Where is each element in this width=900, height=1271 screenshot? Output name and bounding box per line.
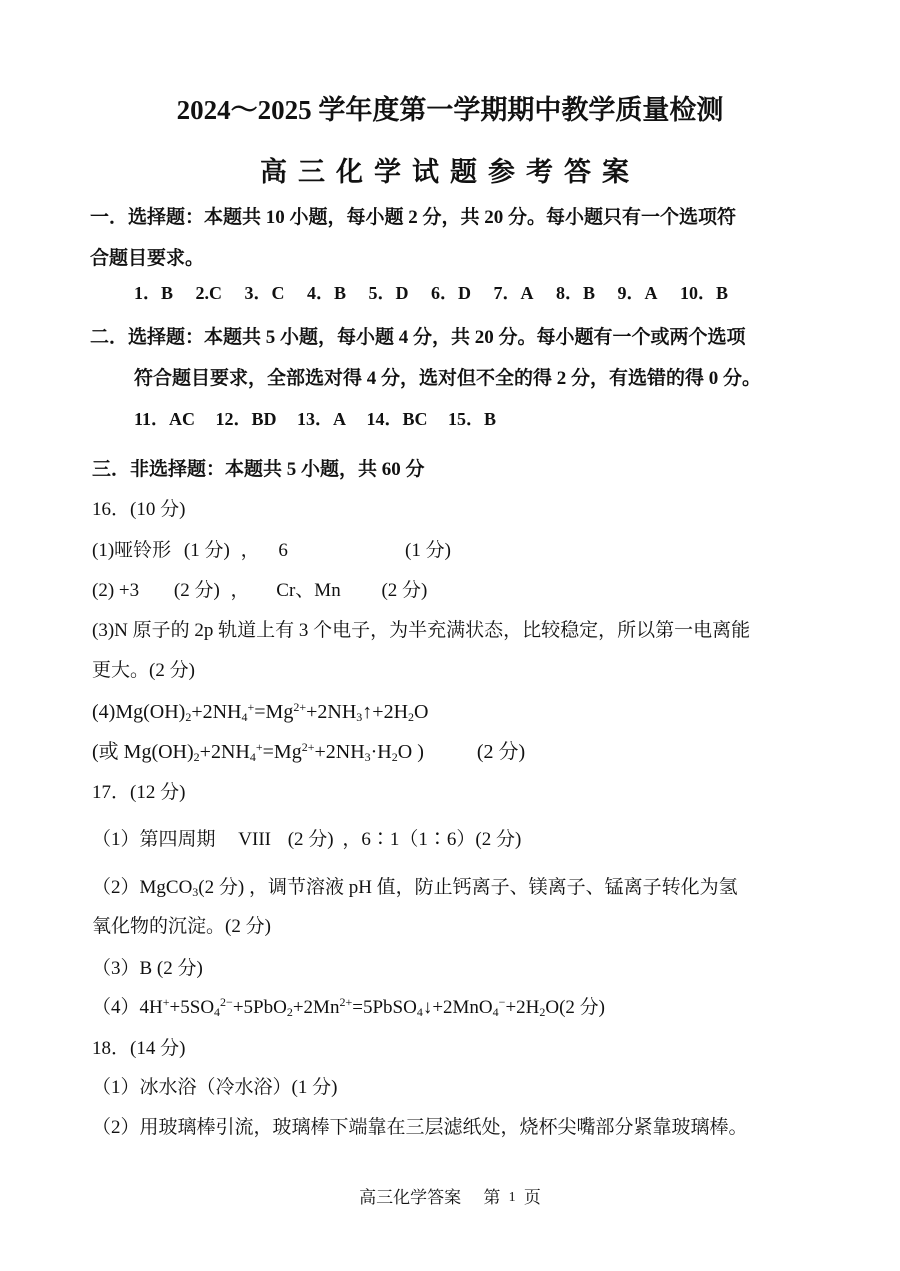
page-footer: 高三化学答案 第 1 页 bbox=[0, 1183, 900, 1208]
q17-part4-equation: （4）4H++5SO42−+5PbO2+2Mn2+=5PbSO4↓+2MnO4−… bbox=[92, 996, 605, 1020]
answer-7: 7．A bbox=[494, 283, 534, 303]
q16-part3-line2: 更大。(2 分) bbox=[92, 659, 195, 683]
section1-heading-line2: 合题目要求。 bbox=[90, 247, 204, 271]
answer-key-subtitle: 高三化学试题参考答案 bbox=[0, 150, 900, 189]
q17-part3: （3）B (2 分) bbox=[92, 957, 203, 981]
section1-heading-line1: 一．选择题：本题共 10 小题，每小题 2 分，共 20 分。每小题只有一个选项… bbox=[90, 206, 736, 230]
answer-1: 1．B bbox=[134, 283, 173, 303]
section3-heading: 三．非选择题：本题共 5 小题，共 60 分 bbox=[92, 458, 425, 482]
q16-part1: (1)哑铃形 (1 分) ， 6 (1 分) bbox=[92, 539, 288, 563]
q16-label: 16．(10 分) bbox=[92, 498, 185, 522]
q18-label: 18．(14 分) bbox=[92, 1037, 185, 1061]
q18-part2: （2）用玻璃棒引流，玻璃棒下端靠在三层滤纸处，烧杯尖嘴部分紧靠玻璃棒。 bbox=[92, 1116, 748, 1140]
answer-9: 9．A bbox=[618, 283, 658, 303]
page-number: 1 bbox=[509, 1190, 516, 1205]
q17-part2-line2: 氧化物的沉淀。(2 分) bbox=[92, 915, 271, 939]
answer-5: 5．D bbox=[369, 283, 409, 303]
q17-part1: （1）第四周期 VIII (2 分) ，6∶1（1∶6）(2 分) bbox=[92, 828, 521, 852]
answer-6: 6．D bbox=[431, 283, 471, 303]
answer-14: 14．BC bbox=[367, 409, 428, 429]
q16-part3-line1: (3)N 原子的 2p 轨道上有 3 个电子，为半充满状态，比较稳定，所以第一电… bbox=[92, 619, 750, 643]
answer-10: 10．B bbox=[680, 283, 728, 303]
q16-part4-alt-equation: (或 Mg(OH)2+2NH4+=Mg2++2NH3·H2O ) (2 分) bbox=[92, 740, 525, 764]
section2-answers: 11．AC 12．BD 13．A 14．BC 15．B bbox=[134, 407, 496, 431]
answer-12: 12．BD bbox=[216, 409, 277, 429]
answer-11: 11．AC bbox=[134, 409, 195, 429]
q18-part1: （1）冰水浴（冷水浴）(1 分) bbox=[92, 1076, 337, 1100]
section2-heading-line2: 符合题目要求，全部选对得 4 分，选对但不全的得 2 分，有选错的得 0 分。 bbox=[134, 367, 761, 391]
answer-4: 4．B bbox=[307, 283, 346, 303]
exam-title: 2024～2025 学年度第一学期期中教学质量检测 bbox=[0, 88, 900, 127]
section1-answers: 1．B 2.C 3．C 4．B 5．D 6．D 7．A 8．B 9．A 10．B bbox=[134, 281, 728, 305]
q16-part2: (2) +3 (2 分) ， Cr、Mn (2 分) bbox=[92, 579, 427, 603]
q17-label: 17．(12 分) bbox=[92, 781, 185, 805]
answer-2: 2.C bbox=[196, 283, 223, 303]
answer-3: 3．C bbox=[245, 283, 285, 303]
answer-8: 8．B bbox=[556, 283, 595, 303]
answer-15: 15．B bbox=[448, 409, 496, 429]
q16-part4-equation: (4)Mg(OH)2+2NH4+=Mg2++2NH3↑+2H2O bbox=[92, 700, 428, 724]
answer-13: 13．A bbox=[297, 409, 346, 429]
section2-heading-line1: 二．选择题：本题共 5 小题，每小题 4 分，共 20 分。每小题有一个或两个选… bbox=[90, 326, 746, 350]
q17-part2-line1: （2）MgCO3(2 分) ，调节溶液 pH 值，防止钙离子、镁离子、锰离子转化… bbox=[92, 876, 738, 900]
